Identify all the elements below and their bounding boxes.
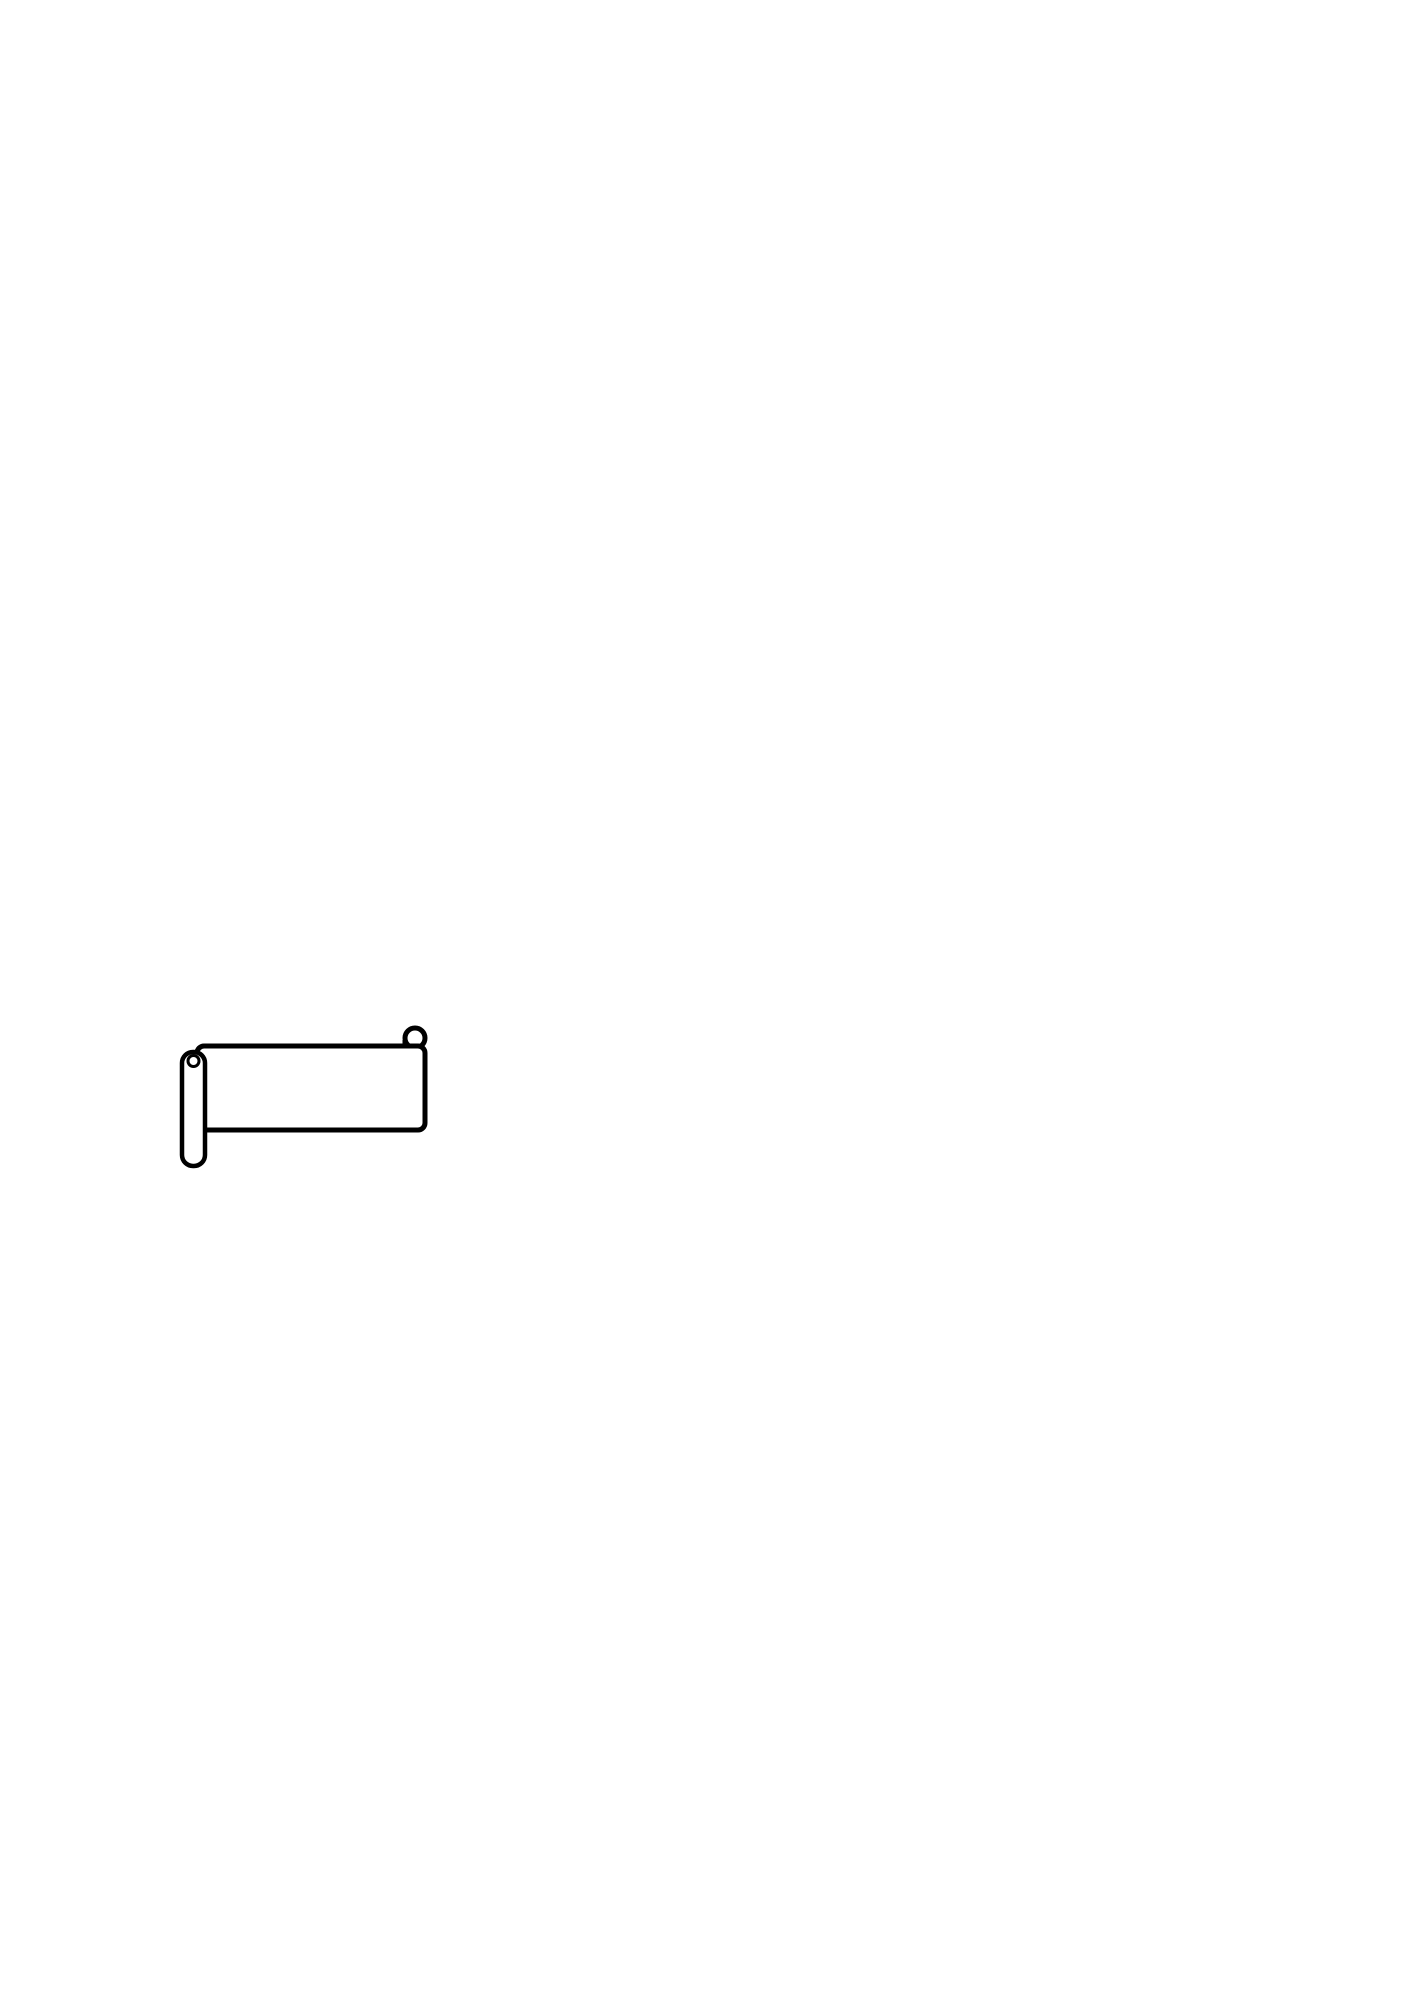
document-page: { "page": { "background": "#ffffff", "te… [0,0,1415,2000]
scroll-banner-icon [172,1022,452,1174]
section-banner [172,1022,452,1174]
article-title [185,1154,1241,1211]
